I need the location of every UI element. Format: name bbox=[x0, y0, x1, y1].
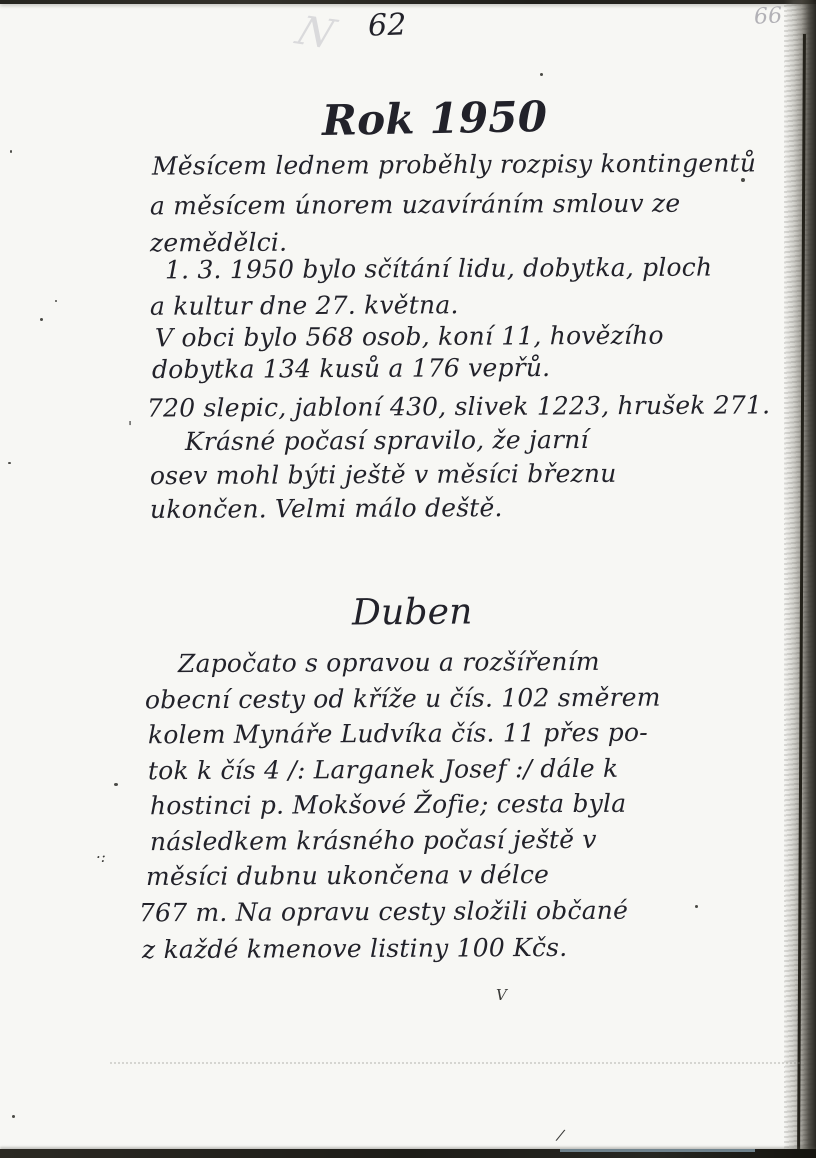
stray-ink-mark: ·: bbox=[96, 848, 106, 866]
stray-ink-mark: ' bbox=[128, 418, 132, 436]
scan-speckle bbox=[695, 905, 698, 908]
handwritten-line: 767 m. Na opravu cesty složili občané bbox=[139, 896, 628, 928]
handwritten-line: z každé kmenove listiny 100 Kčs. bbox=[142, 933, 567, 964]
section-heading-duben: Duben bbox=[352, 591, 473, 633]
handwritten-line: měsíci dubnu ukončena v délce bbox=[146, 860, 549, 891]
scan-dust-line bbox=[110, 1062, 800, 1064]
pencil-smudge-mark: N bbox=[290, 8, 341, 57]
handwritten-line: tok k čís 4 /: Larganek Josef :/ dále k bbox=[148, 754, 619, 785]
handwritten-line: 1. 3. 1950 bylo sčítání lidu, dobytka, p… bbox=[165, 253, 712, 285]
page-number-ink: 62 bbox=[367, 7, 407, 43]
handwritten-line: dobytka 134 kusů a 176 vepřů. bbox=[152, 353, 550, 384]
scan-speckle bbox=[8, 462, 11, 464]
handwritten-line: Krásné počasí spravilo, že jarní bbox=[185, 425, 589, 456]
handwritten-line: obecní cesty od kříže u čís. 102 směrem bbox=[145, 683, 661, 715]
scan-speckle bbox=[10, 150, 12, 153]
stray-ink-mark: / bbox=[556, 1126, 565, 1145]
scan-bottom-blue-tint bbox=[560, 1149, 755, 1152]
handwritten-line: následkem krásného počasí ještě v bbox=[150, 825, 597, 856]
handwritten-line: a kultur dne 27. května. bbox=[150, 290, 459, 321]
scan-speckle bbox=[114, 783, 118, 786]
scan-speckle bbox=[55, 300, 57, 302]
handwritten-line: osev mohl býti ještě v měsíci březnu bbox=[150, 459, 617, 490]
scan-speckle bbox=[741, 178, 745, 182]
page-title: Rok 1950 bbox=[322, 92, 548, 145]
scan-top-edge bbox=[0, 0, 816, 4]
chronicle-page-scan: 62 66 N Rok 1950 Měsícem lednem proběhly… bbox=[0, 0, 816, 1158]
handwritten-line: Měsícem lednem proběhly rozpisy kontinge… bbox=[152, 148, 756, 180]
stray-ink-mark: V bbox=[496, 986, 507, 1004]
page-number-pencil: 66 bbox=[753, 3, 783, 29]
scan-speckle bbox=[12, 1115, 15, 1118]
scan-speckle bbox=[40, 318, 43, 321]
handwritten-line: Započato s opravou a rozšířením bbox=[178, 647, 600, 678]
handwritten-line: a měsícem únorem uzavíráním smlouv ze bbox=[150, 189, 680, 221]
handwritten-line: kolem Mynáře Ludvíka čís. 11 přes po- bbox=[148, 718, 648, 750]
handwritten-line: hostinci p. Mokšové Žofie; cesta byla bbox=[150, 789, 626, 820]
scan-speckle bbox=[540, 73, 543, 76]
handwritten-line: zemědělci. bbox=[150, 228, 287, 258]
handwritten-line: V obci bylo 568 osob, koní 11, hovězího bbox=[155, 321, 664, 353]
handwritten-line: 720 slepic, jabloní 430, slivek 1223, hr… bbox=[147, 390, 770, 422]
handwritten-line: ukončen. Velmi málo deště. bbox=[150, 493, 503, 524]
